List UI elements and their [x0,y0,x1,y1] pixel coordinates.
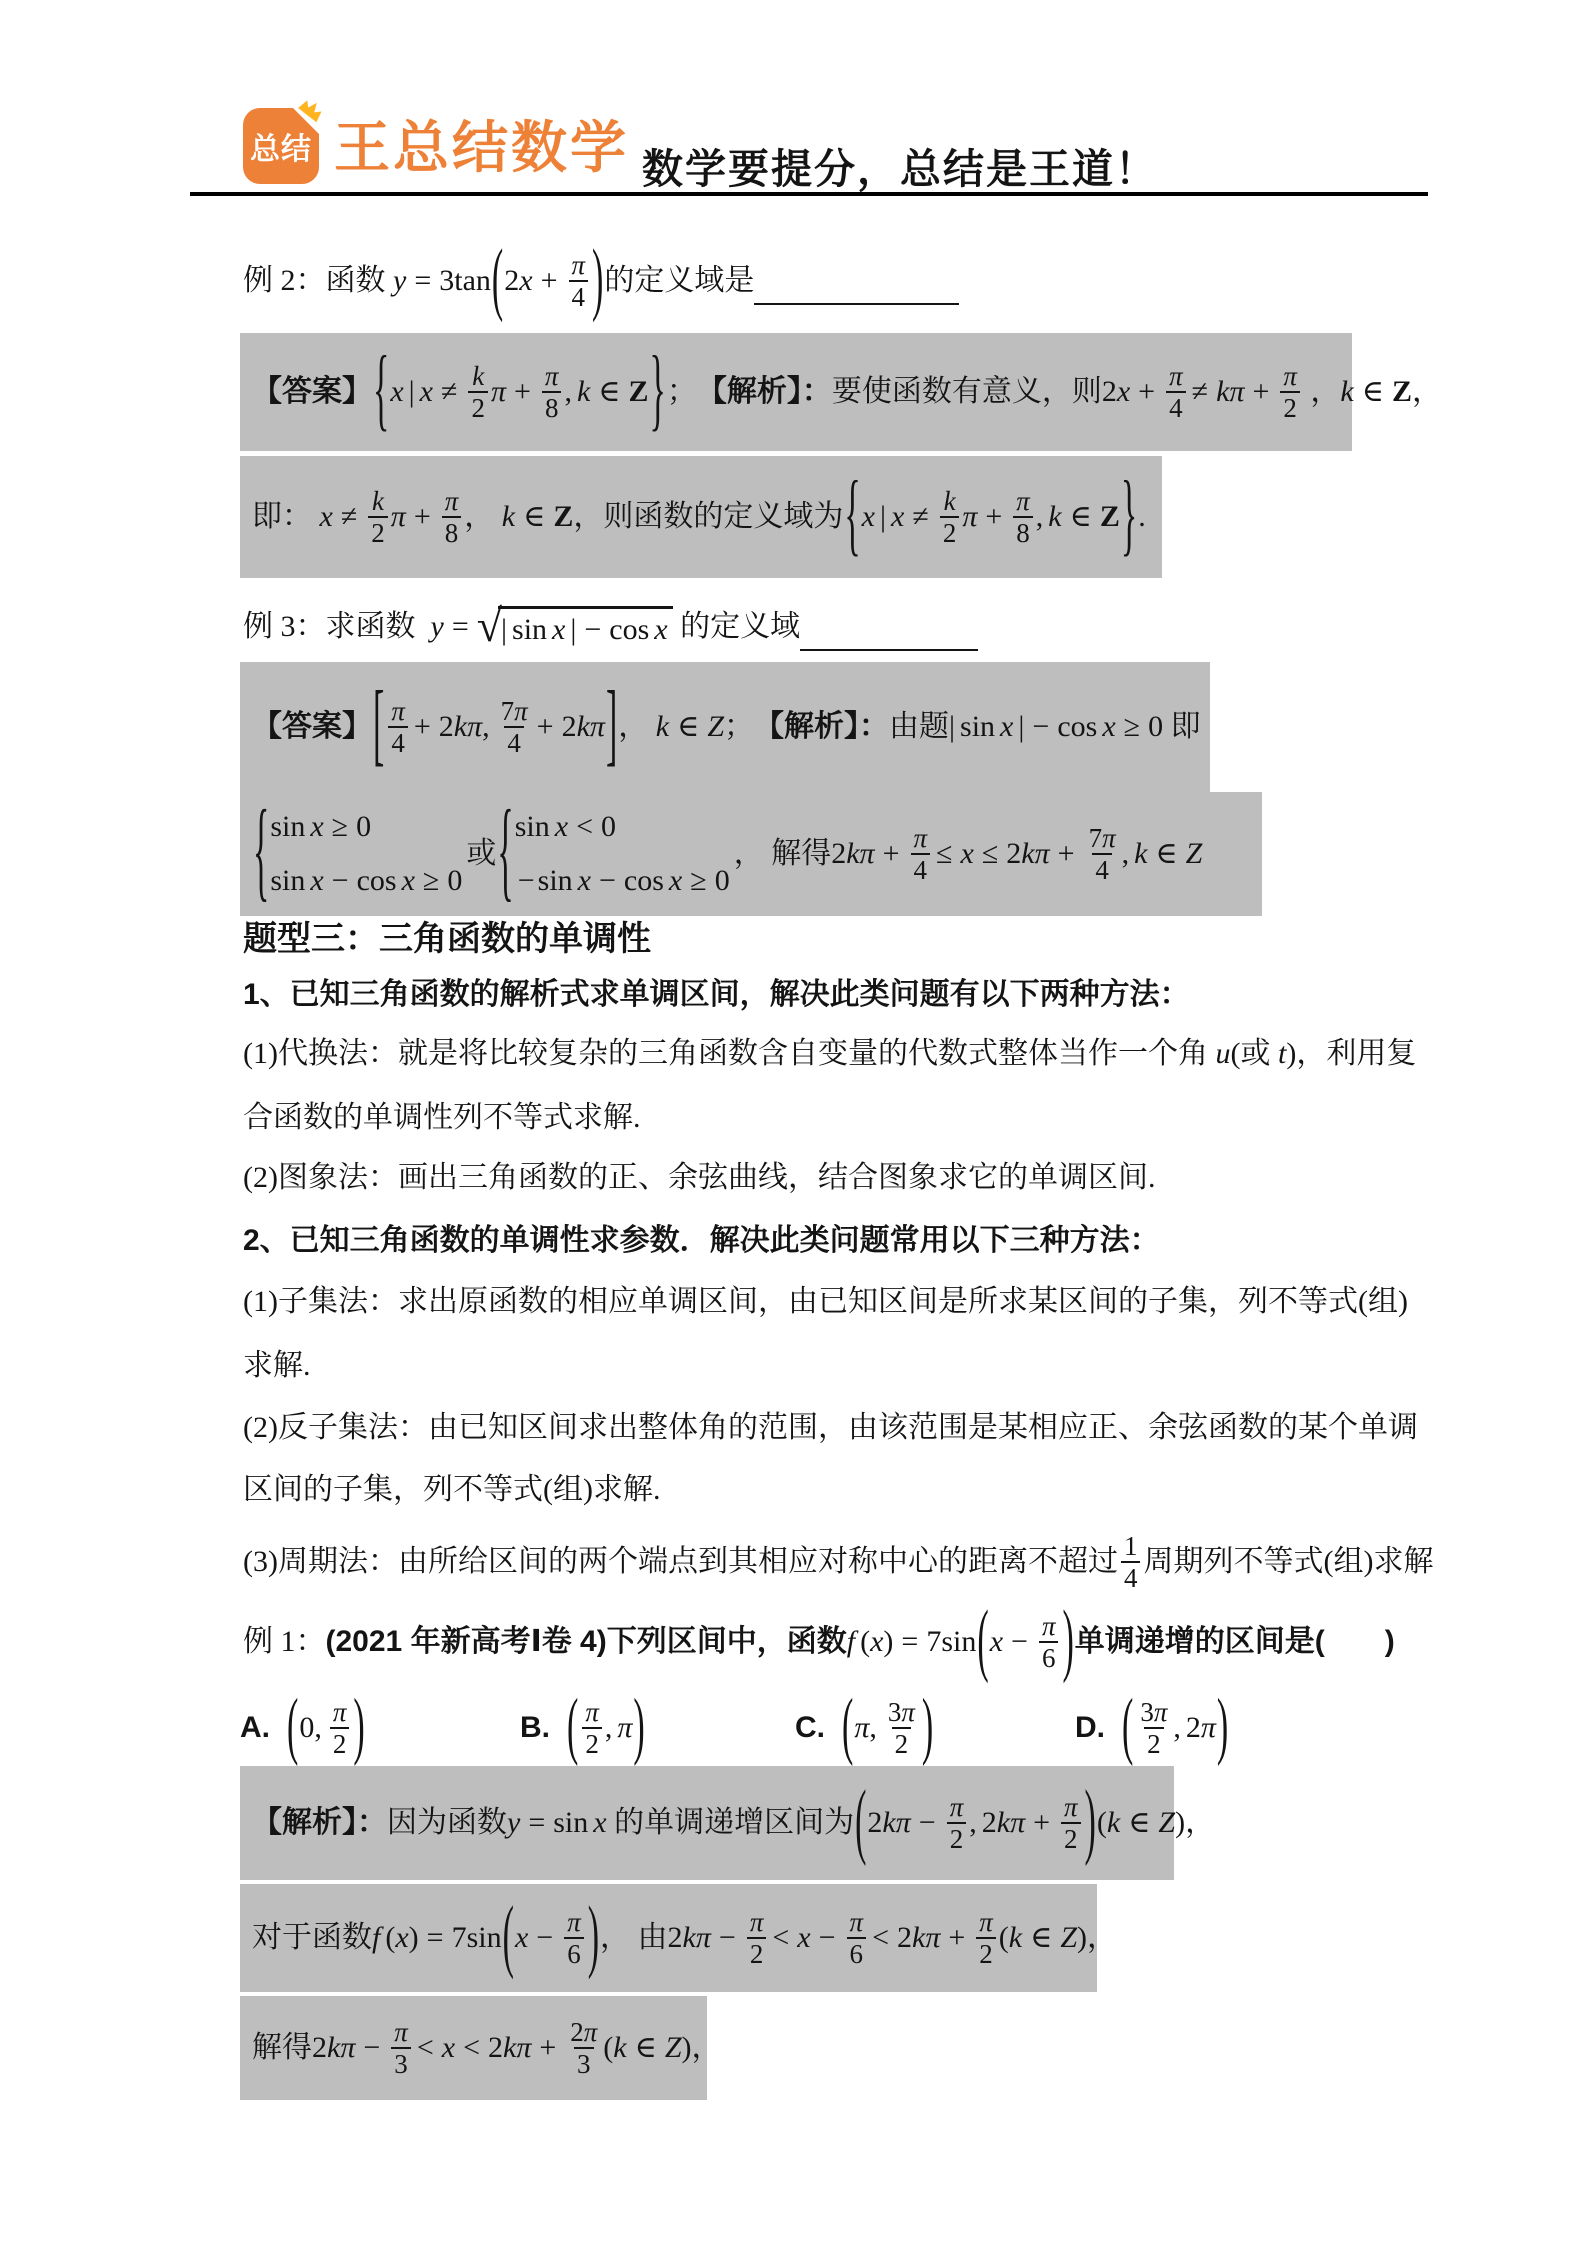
math-function: tan [454,264,491,297]
method-1-item-1-line-2: 合函数的单调性列不等式求解. [243,1096,641,1140]
math-fraction: 7π4 [1086,823,1119,885]
math-expression: +2kπ [534,709,605,745]
math-expression: x|x≠ [390,374,465,410]
math-expression: ,k∈Z [564,374,648,410]
math-delimiter: { [497,798,513,910]
math-expression: f(x)=7sin [847,1624,977,1660]
fill-in-blank [800,619,978,651]
math-function: sin [941,1625,976,1658]
math-function: sin [467,1921,502,1954]
math-fraction: π4 [1166,361,1186,423]
method-2-item-1-line-1: (1)子集法：求出原函数的相应单调区间，由已知区间是所求某区间的子集，列不等式(… [243,1280,1408,1324]
math-expression: 2x+ [504,263,565,299]
method-2-item-2-line-1: (2)反子集法：由已知区间求出整体角的范围，由该范围是某相应正、余弦函数的某个单… [243,1406,1418,1450]
math-fraction: π2 [1061,1792,1081,1854]
math-delimiter: [ [373,681,384,773]
math-delimiter: ] [606,681,617,773]
math-expression: x− [515,1920,561,1956]
math-fraction: π4 [568,250,588,312]
section-heading: 题型三：三角函数的单调性 [243,916,651,962]
option-d: D.(3π2,2π) [1075,1686,1229,1770]
option-a: A.(0,π2) [240,1686,366,1770]
math-function: sin [538,864,573,897]
math-sqrt: √|sinx|−cosx [477,606,673,648]
brand-logo-text: 王总结数学 [334,116,629,180]
math-expression: ,π [605,1710,633,1746]
fill-in-blank [754,273,959,305]
math-expression: ,k∈Z [1122,836,1203,872]
option-c: C.(π,3π2) [795,1686,934,1770]
math-delimiter: } [1121,471,1137,563]
math-expression: (k∈Z) [999,1920,1087,1956]
math-delimiter: ( [855,1781,866,1866]
math-function: sin [270,810,305,843]
math-expression: 2kπ− [867,1805,943,1841]
math-fraction: 14 [1121,1531,1141,1593]
math-expression: ,k∈Z [1036,499,1120,535]
answer-box-example-3-line-2: {sinx≥0sinx−cosx≥0或{sinx<0−sinx−cosx≥0， … [240,792,1262,916]
header-divider [190,192,1428,196]
math-expression: x− [990,1624,1036,1660]
math-delimiter: } [650,346,666,438]
math-expression: t [1278,1036,1286,1072]
math-expression: π, [854,1710,882,1746]
math-cases: sinx≥0sinx−cosx≥0 [270,809,462,899]
math-function: cos [1057,710,1097,743]
math-delimiter: ( [567,1691,578,1766]
math-expression: π+ [962,499,1010,535]
math-expression: tan [454,263,491,299]
math-fraction: π6 [564,1907,584,1969]
math-delimiter: ) [592,240,603,322]
math-delimiter: ) [353,1691,364,1766]
method-1-item-1-line-1: (1)代换法：就是将比较复杂的三角函数含自变量的代数式整体当作一个角 u(或 t… [243,1030,1416,1078]
math-delimiter: ) [633,1691,644,1766]
math-fraction: k2 [940,486,960,548]
math-expression: y=3 [393,263,454,299]
math-function: cos [624,864,664,897]
math-expression: 2kπ− [312,2030,388,2066]
math-function: sin [515,810,550,843]
math-fraction: 3π2 [1137,1697,1170,1759]
math-expression: u [1215,1036,1230,1072]
math-expression: <x− [769,1920,843,1956]
math-function: sin [270,864,305,897]
math-expression: k∈Z [1340,374,1412,410]
method-2-item-2-line-2: 区间的子集，列不等式(组)求解. [243,1468,660,1512]
math-function: sin [512,613,547,646]
math-delimiter: { [253,798,269,910]
math-expression: k∈Z [656,709,724,745]
math-expression: π+ [391,499,439,535]
math-expression: ,2kπ+ [969,1805,1058,1841]
math-fraction: π2 [1280,361,1300,423]
math-fraction: 3π2 [885,1697,918,1759]
math-expression: 0, [299,1710,327,1746]
math-fraction: π6 [847,1907,867,1969]
solution-box-line-1: 【解析】：因为函数y=sinx 的单调递增区间为(2kπ−π2,2kπ+π2)(… [240,1766,1174,1880]
math-fraction: π8 [1013,486,1033,548]
method-2-title: 2、已知三角函数的单调性求参数．解决此类问题常用以下三种方法： [243,1218,1160,1264]
method-1-title: 1、已知三角函数的解析式求单调区间，解决此类问题有以下两种方法： [243,972,1190,1018]
math-function: sin [553,1806,588,1839]
math-fraction: 2π3 [567,2017,600,2079]
math-delimiter: ) [1062,1601,1073,1683]
math-expression: ≠kπ+ [1189,374,1278,410]
math-function: cos [609,613,649,646]
math-fraction: 7π4 [498,696,531,758]
answer-box-example-2-line-2: 即： x≠k2π+π8， k∈Z，则函数的定义域为{x|x≠k2π+π8,k∈Z… [240,456,1162,578]
math-expression: k∈Z [502,499,574,535]
method-2-item-3: (3)周期法：由所给区间的两个端点到其相应对称中心的距离不超过14周期列不等式(… [243,1516,1433,1608]
math-fraction: π4 [910,823,930,885]
math-fraction: π2 [747,1907,767,1969]
math-delimiter: ( [1122,1691,1133,1766]
math-delimiter: ( [492,240,503,322]
option-b: B.(π2,π) [520,1686,646,1770]
method-2-item-1-line-2: 求解. [243,1344,311,1388]
answer-box-example-2-line-1: 【答案】{x|x≠k2π+π8,k∈Z}；【解析】：要使函数有意义，则2x+π4… [240,333,1352,451]
math-delimiter: { [844,471,860,563]
math-delimiter: ( [842,1691,853,1766]
math-fraction: π2 [330,1697,350,1759]
answer-box-example-3-line-1: 【答案】[π4+2kπ,7π4+2kπ]， k∈Z；【解析】：由题|sinx|−… [240,662,1210,792]
example-2-question: 例 2：函数 y=3tan(2x+π4)的定义域是 [243,233,959,329]
math-expression: y=sinx [507,1805,607,1841]
math-expression: x|x≠ [862,499,937,535]
header-tagline: 数学要提分，总结是王道！ [642,136,1158,195]
math-expression: 2x+ [1102,374,1163,410]
math-expression: x≠ [320,499,366,535]
math-fraction: π4 [388,696,408,758]
math-expression: ,2π [1173,1710,1216,1746]
math-fraction: π6 [1039,1611,1059,1673]
math-fraction: π2 [947,1792,967,1854]
document-page: 总结 王总结数学 数学要提分，总结是王道！ 例 2：函数 y=3tan(2x+π… [0,0,1587,2245]
math-fraction: π2 [582,1697,602,1759]
math-expression: +2kπ, [411,709,495,745]
math-cases: sinx<0−sinx−cosx≥0 [515,809,730,899]
math-delimiter: ( [977,1601,988,1683]
math-fraction: π3 [391,2017,411,2079]
math-delimiter: { [373,346,389,438]
example-3-question: 例 3：求函数 y=√|sinx|−cosx 的定义域 [243,592,978,662]
brand-logo-icon: 总结 [243,108,319,184]
math-delimiter: ) [1085,1781,1096,1866]
math-expression: f(x)=7sin [372,1920,502,1956]
math-delimiter: ( [503,1897,514,1979]
math-expression: <2kπ+ [869,1920,973,1956]
math-fraction: π2 [976,1907,996,1969]
math-fraction: π8 [442,486,462,548]
math-expression: (k∈Z) [603,2030,691,2066]
math-delimiter: ) [1217,1691,1228,1766]
math-expression: π+ [491,374,539,410]
math-expression: <x<2kπ+ [414,2030,564,2066]
math-expression: ≤x≤2kπ+ [933,836,1083,872]
math-expression: y= [431,609,477,645]
math-function: cos [357,864,397,897]
math-fraction: k2 [368,486,388,548]
math-delimiter: ) [922,1691,933,1766]
math-delimiter: ) [588,1897,599,1979]
math-function: sin [960,710,995,743]
math-expression: |sinx|−cosx≥0 [949,709,1163,745]
method-1-item-2: (2)图象法：画出三角函数的正、余弦曲线，结合图象求它的单调区间. [243,1156,1155,1200]
math-expression: (k∈Z) [1097,1805,1185,1841]
solution-box-line-2: 对于函数f(x)=7sin(x−π6)， 由2kπ−π2<x−π6<2kπ+π2… [240,1884,1097,1992]
example-1-question: 例 1：(2021 年新高考Ⅰ卷 4)下列区间中，函数f(x)=7sin(x−π… [243,1598,1395,1686]
math-delimiter: ( [287,1691,298,1766]
math-fraction: k2 [468,361,488,423]
math-fraction: π8 [542,361,562,423]
math-expression: 2kπ+ [831,836,907,872]
math-expression: 2kπ− [668,1920,744,1956]
solution-box-line-3: 解得2kπ−π3<x<2kπ+2π3(k∈Z)， [240,1996,707,2100]
